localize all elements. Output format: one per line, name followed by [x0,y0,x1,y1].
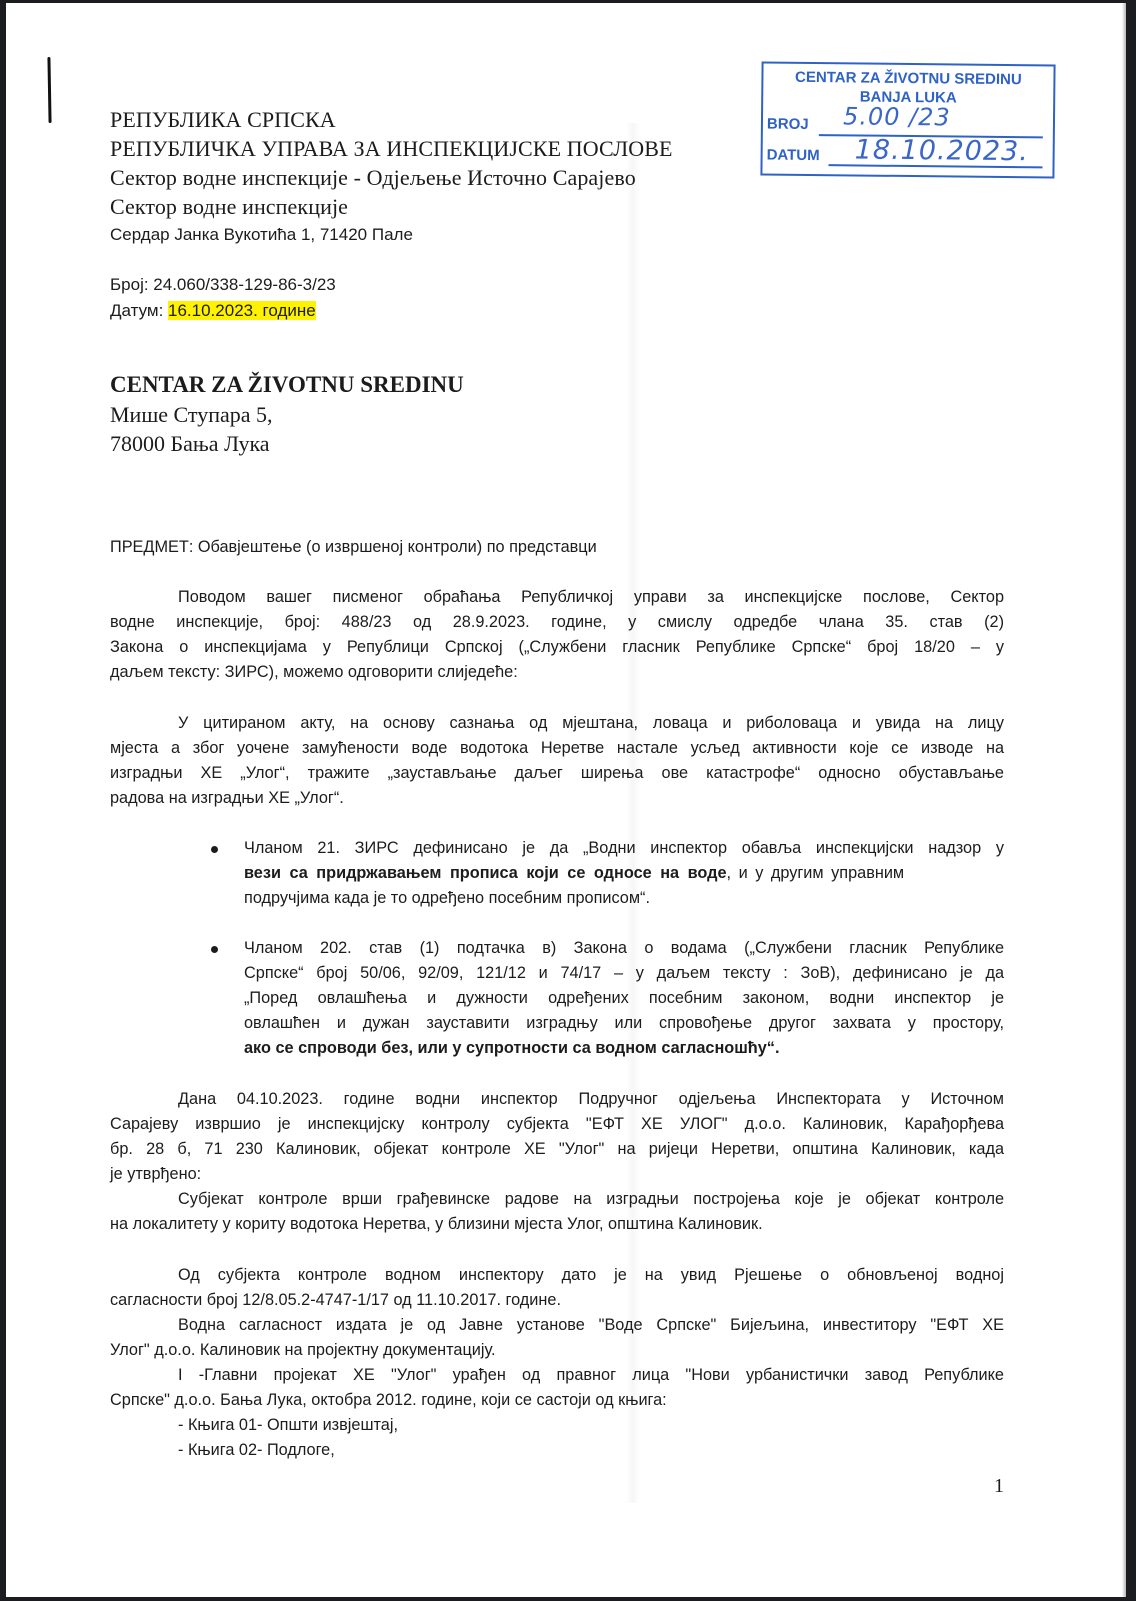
paragraph-line: изградњи ХЕ „Улог“, тражите „заустављање… [110,761,1004,786]
bullet-line: подручјима када је то одређено посебним … [244,886,650,911]
recipient-street: Мише Ступара 5, [110,402,273,428]
stamp-broj-value: 5.00 /23 [843,102,951,131]
subject-line: ПРЕДМЕТ: Обавјештење (о извршеној контро… [110,535,597,560]
bullet-line: вези са придржавањем прописа који се одн… [244,861,1004,886]
paragraph-line: радова на изградњи ХЕ „Улог“. [110,786,344,811]
paragraph-line: Од субјекта контроле водном инспектору д… [178,1263,1004,1288]
paragraph-line: У цитираном акту, на основу сазнања од м… [178,711,1004,736]
document-date-label: Датум: [110,301,168,320]
bullet-bold-line: ако се спроводи без, или у супротности с… [244,1036,779,1061]
bullet-line: овлашћен и дужан зауставити изградњу или… [244,1011,1004,1036]
paragraph-line: бр. 28 б, 71 230 Калиновик, објекат конт… [110,1137,1004,1162]
header-sector-department: Сектор водне инспекције - Одјељење Источ… [110,165,636,191]
recipient-name: CENTAR ZA ŽIVOTNU SREDINU [110,372,464,398]
bullet-bold-text: вези са придржавањем прописа који се одн… [244,864,727,882]
paper-fold-shadow [626,123,640,1503]
book-list-item: - Књига 02- Подлоге, [178,1438,335,1463]
bullet-line: Српске“ број 50/06, 92/09, 121/12 и 74/1… [244,961,1004,986]
bullet-line: „Поред овлашћења и дужности одређених по… [244,986,1004,1011]
page-edge [1122,3,1126,1597]
paragraph-line: Српске" д.о.о. Бања Лука, октобра 2012. … [110,1388,667,1413]
paragraph-line: Улог" д.о.о. Калиновик на пројектну доку… [110,1338,496,1363]
document-page: CENTAR ZA ŽIVOTNU SREDINU BANJA LUKA BRO… [6,3,1126,1597]
stamp-datum-value: 18.10.2023. [855,134,1030,167]
paragraph-line: сагласности број 12/8.05.2-4747-1/17 од … [110,1288,561,1313]
paragraph-line: Закона о инспекцијама у Републици Српско… [110,635,1004,660]
book-list-item: - Књига 01- Општи извјештај, [178,1413,398,1438]
page-number: 1 [994,1475,1004,1498]
pen-mark [47,57,51,123]
paragraph-line: водне инспекције, број: 488/23 од 28.9.2… [110,610,1004,635]
paragraph-line: на локалитету у кориту водотока Неретва,… [110,1212,763,1237]
stamp-datum-label: DATUM [767,147,820,165]
bullet-text: , и у другим управним [727,864,905,882]
stamp-org-name: CENTAR ZA ŽIVOTNU SREDINU [763,68,1053,88]
paragraph-line: мјеста а због уочене замућености воде во… [110,736,1004,761]
header-republic: РЕПУБЛИКА СРПСКА [110,107,336,133]
received-stamp: CENTAR ZA ŽIVOTNU SREDINU BANJA LUKA BRO… [760,61,1055,178]
header-administration: РЕПУБЛИЧКА УПРАВА ЗА ИНСПЕКЦИЈСКЕ ПОСЛОВ… [110,136,673,162]
paragraph-line: Водна сагласност издата је од Јавне уста… [178,1313,1004,1338]
header-address: Сердар Јанка Вукотића 1, 71420 Пале [110,225,413,245]
reference-number: Број: 24.060/338-129-86-3/23 [110,275,336,295]
bullet-icon [211,846,218,853]
bullet-icon [211,946,218,953]
paragraph-line: Субјекат контроле врши грађевинске радов… [178,1187,1004,1212]
recipient-city: 78000 Бања Лука [110,431,270,457]
paragraph-line: Дана 04.10.2023. године водни инспектор … [178,1087,1004,1112]
paragraph-line: Сарајеву извршио је инспекцијску контрол… [110,1112,1004,1137]
document-date-value: 16.10.2023. године [168,301,316,320]
header-sector: Сектор водне инспекције [110,194,348,220]
document-date: Датум: 16.10.2023. године [110,301,316,321]
paragraph-line: I -Главни пројекат ХЕ "Улог" урађен од п… [178,1363,1004,1388]
paragraph-line: даљем тексту: ЗИРС), можемо одговорити с… [110,660,518,685]
paragraph-line: Поводом вашег писменог обраћања Републич… [178,585,1004,610]
reference-number-label: Број: [110,275,153,294]
stamp-broj-label: BROJ [767,116,809,133]
paragraph-line: је утврђено: [110,1162,201,1187]
bullet-line: Чланом 202. став (1) подтачка в) Закона … [244,936,1004,961]
reference-number-value: 24.060/338-129-86-3/23 [153,275,335,294]
bullet-line: Чланом 21. ЗИРС дефинисано је да „Водни … [244,836,1004,861]
